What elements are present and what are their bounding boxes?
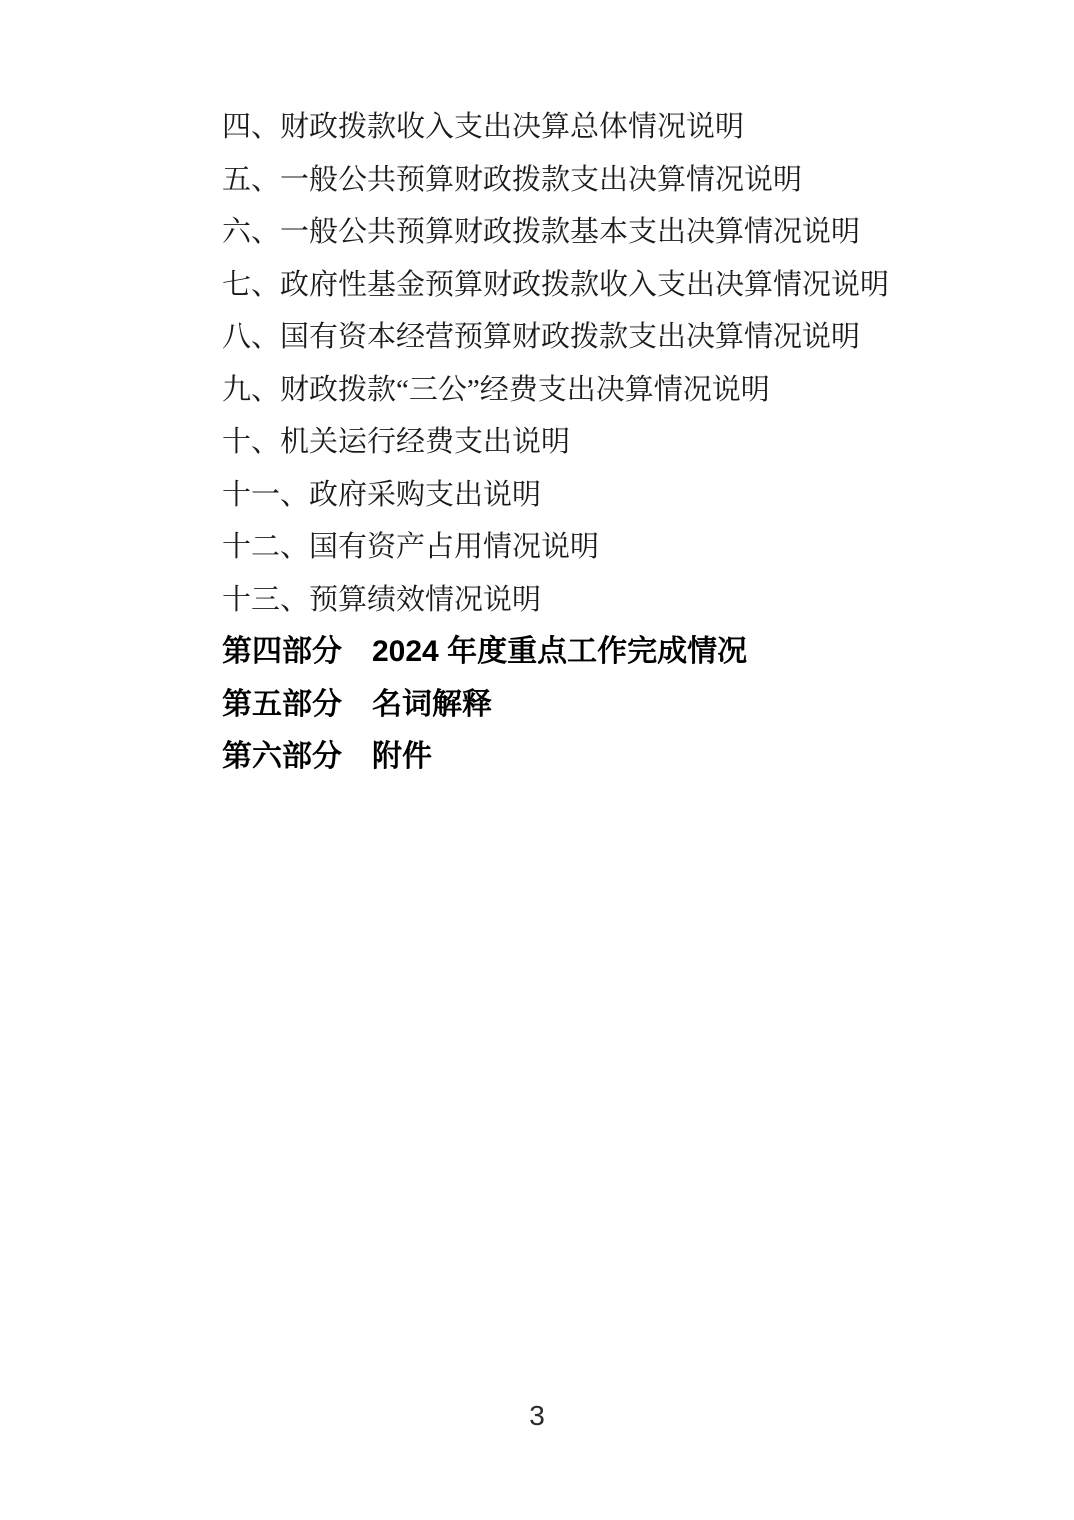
section-heading-part5: 第五部分 名词解释 xyxy=(222,679,974,732)
toc-entry: 五、一般公共预算财政拨款支出决算情况说明 xyxy=(222,154,974,207)
toc-entry: 八、国有资本经营预算财政拨款支出决算情况说明 xyxy=(222,311,974,364)
section-heading-part6: 第六部分 附件 xyxy=(222,731,974,784)
toc-entry: 十一、政府采购支出说明 xyxy=(222,469,974,522)
toc-entry: 四、财政拨款收入支出决算总体情况说明 xyxy=(222,101,974,154)
toc-entry: 十、机关运行经费支出说明 xyxy=(222,416,974,469)
section-heading-part4: 第四部分 2024 年度重点工作完成情况 xyxy=(222,626,974,679)
page-number: 3 xyxy=(0,1399,1074,1433)
table-of-contents: 四、财政拨款收入支出决算总体情况说明 五、一般公共预算财政拨款支出决算情况说明 … xyxy=(222,101,974,784)
toc-entry: 六、一般公共预算财政拨款基本支出决算情况说明 xyxy=(222,206,974,259)
document-page: 四、财政拨款收入支出决算总体情况说明 五、一般公共预算财政拨款支出决算情况说明 … xyxy=(0,0,1074,1520)
toc-entry: 七、政府性基金预算财政拨款收入支出决算情况说明 xyxy=(222,259,974,312)
toc-entry: 十三、预算绩效情况说明 xyxy=(222,574,974,627)
toc-entry: 九、财政拨款“三公”经费支出决算情况说明 xyxy=(222,364,974,417)
toc-entry: 十二、国有资产占用情况说明 xyxy=(222,521,974,574)
